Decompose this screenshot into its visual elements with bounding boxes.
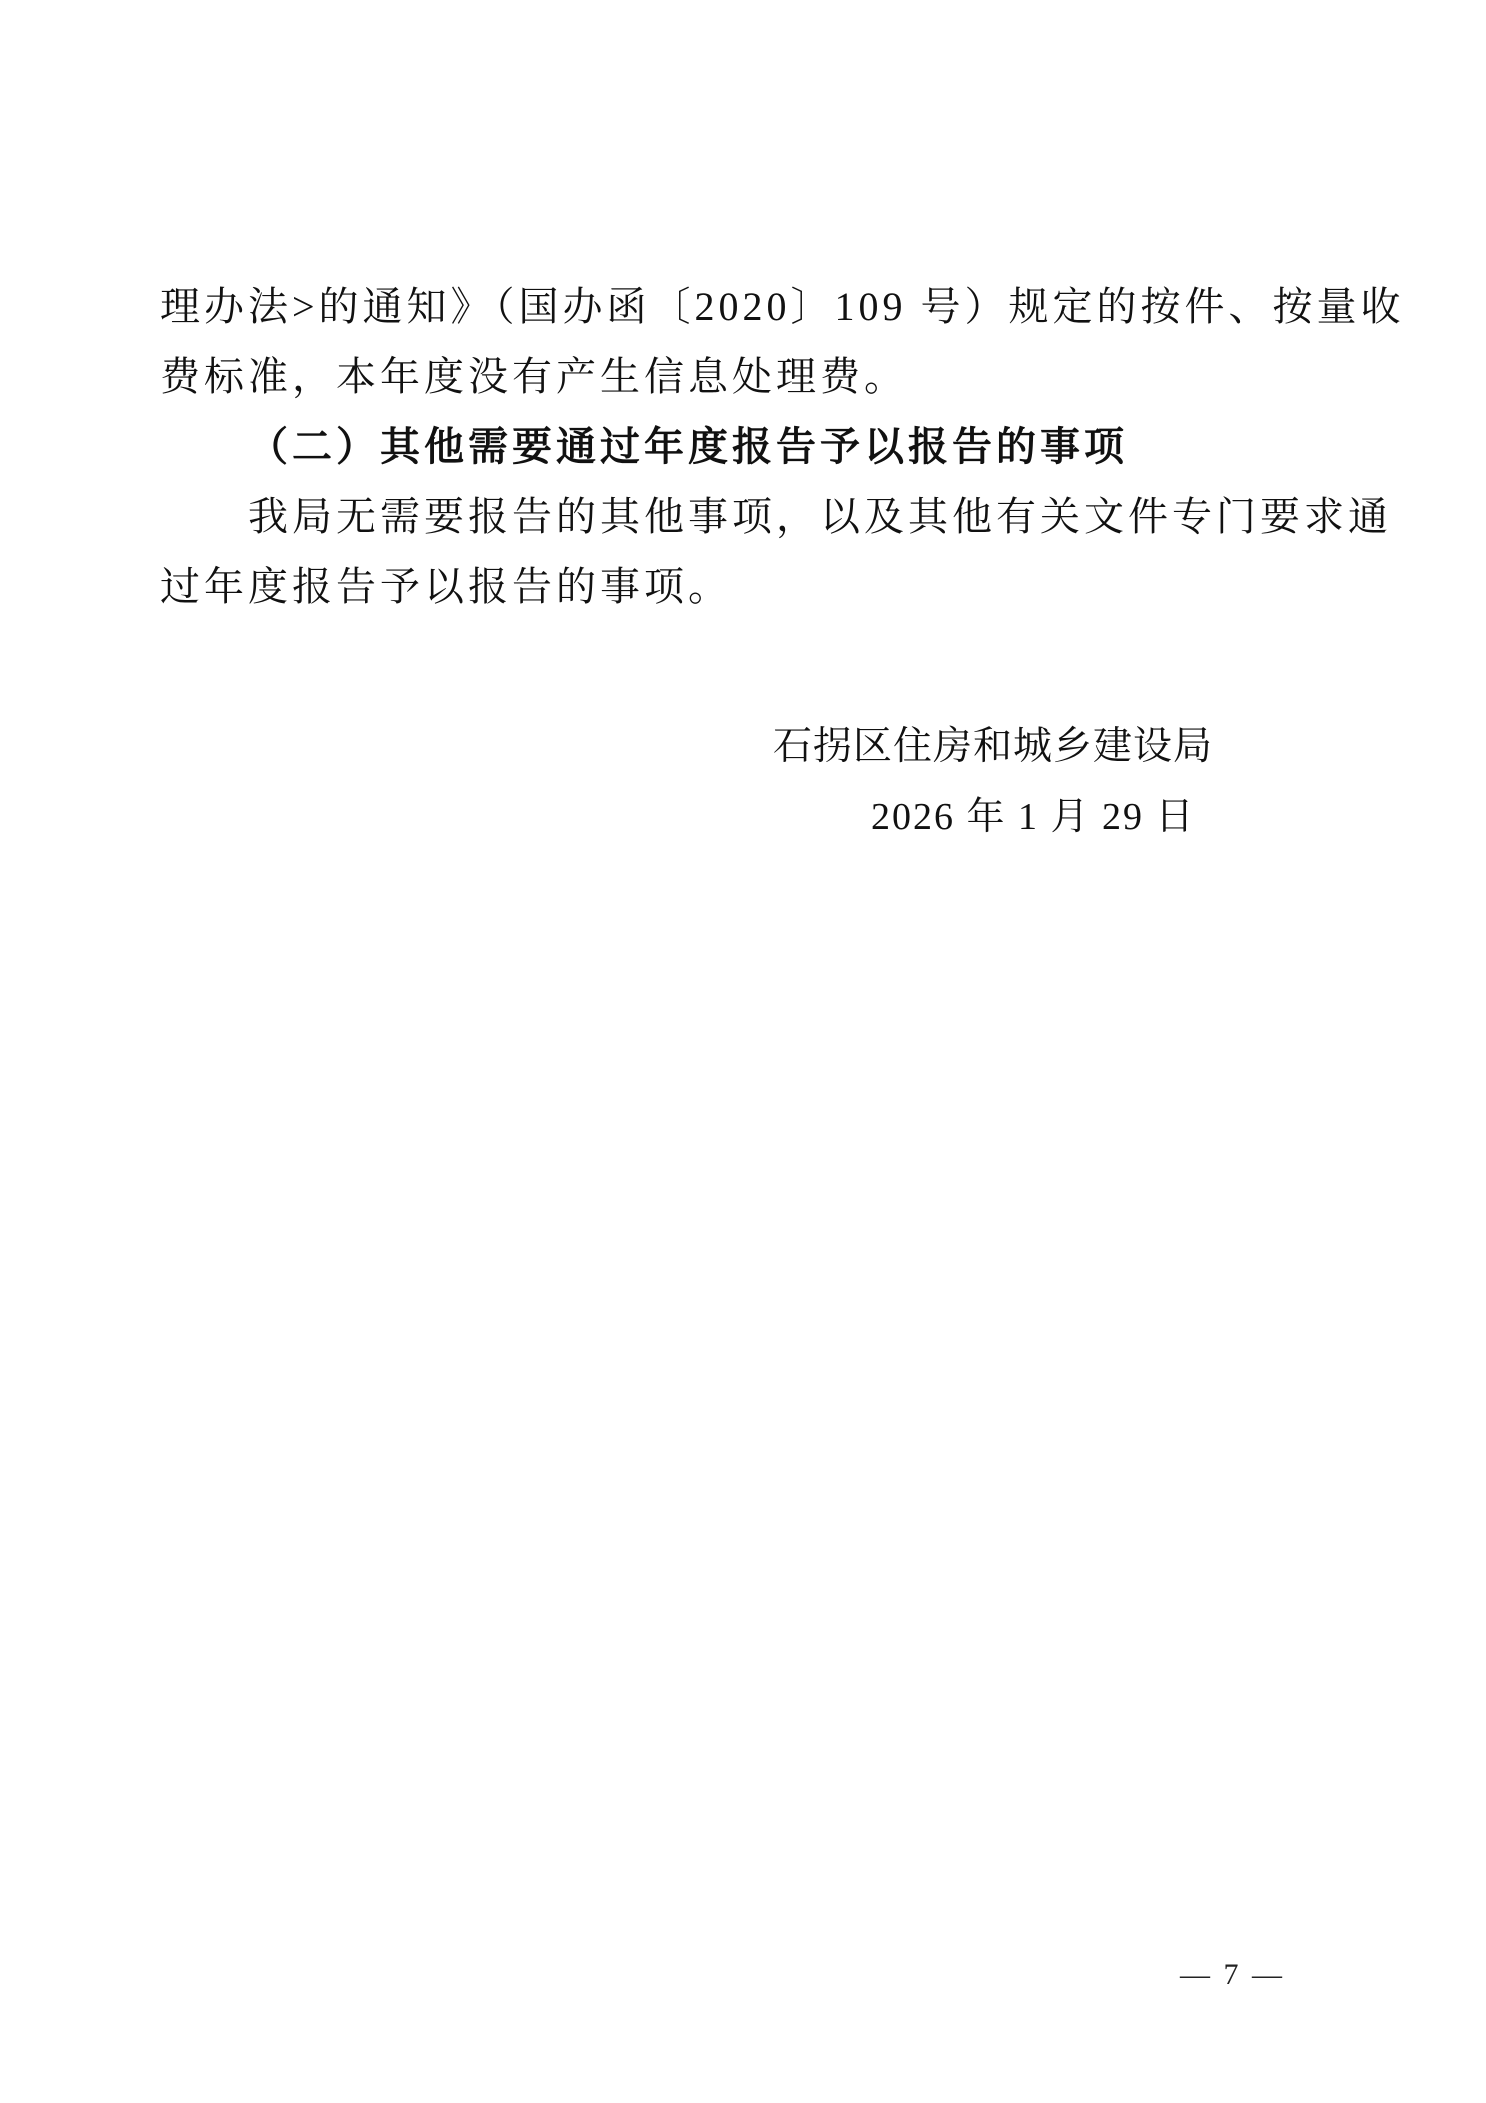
body-text-block: 理办法>的通知》（国办函〔2020〕109 号）规定的按件、按量收 费标准，本年… <box>160 272 1310 622</box>
document-page: 理办法>的通知》（国办函〔2020〕109 号）规定的按件、按量收 费标准，本年… <box>0 0 1486 2103</box>
page-number: — 7 — <box>1180 1953 1285 1997</box>
signature-organization: 石拐区住房和城乡建设局 <box>773 712 1213 782</box>
section-heading: （二）其他需要通过年度报告予以报告的事项 <box>160 412 1310 482</box>
body-line-1: 理办法>的通知》（国办函〔2020〕109 号）规定的按件、按量收 <box>160 272 1310 342</box>
signature-date: 2026 年 1 月 29 日 <box>871 782 1196 852</box>
body-line-4: 我局无需要报告的其他事项，以及其他有关文件专门要求通 <box>160 482 1310 552</box>
body-line-5: 过年度报告予以报告的事项。 <box>160 552 1310 622</box>
body-line-2: 费标准，本年度没有产生信息处理费。 <box>160 342 1310 412</box>
